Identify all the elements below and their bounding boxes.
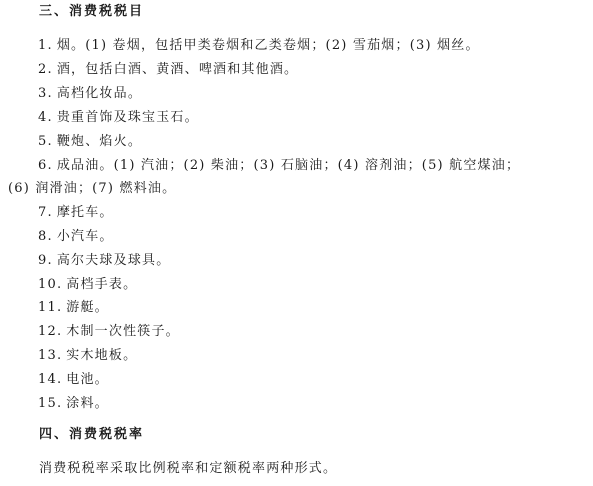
item-number: 11.: [38, 300, 62, 315]
list-item-8: 8.小汽车。: [38, 229, 114, 245]
item-text: 游艇。: [66, 300, 109, 315]
section-4-body: 消费税税率采取比例税率和定额税率两种形式。: [39, 461, 337, 477]
list-item-13: 13.实木地板。: [38, 348, 137, 364]
item-text: 贵重首饰及珠宝玉石。: [57, 110, 199, 125]
section-3-heading: 三、消费税税目: [39, 4, 144, 20]
item-number: 4.: [38, 110, 53, 125]
item-number: 9.: [38, 253, 53, 268]
item-text: 实木地板。: [66, 348, 137, 363]
item-number: 6.: [38, 158, 53, 173]
item-text: 小汽车。: [57, 229, 114, 244]
item-number: 5.: [38, 134, 53, 149]
document-page: 三、消费税税目 1.烟。(1) 卷烟，包括甲类卷烟和乙类卷烟；(2) 雪茄烟；(…: [0, 0, 593, 486]
list-item-11: 11.游艇。: [38, 300, 109, 316]
item-number: 7.: [38, 205, 53, 220]
section-4-heading: 四、消费税税率: [39, 427, 144, 443]
list-item-10: 10.高档手表。: [38, 277, 137, 293]
list-item-6: 6.成品油。(1) 汽油；(2) 柴油；(3) 石脑油；(4) 溶剂油；(5) …: [38, 158, 520, 174]
list-item-14: 14.电池。: [38, 372, 109, 388]
list-item-12: 12.木制一次性筷子。: [38, 324, 180, 340]
item-text: 成品油。(1) 汽油；(2) 柴油；(3) 石脑油；(4) 溶剂油；(5) 航空…: [57, 158, 520, 173]
item-text: 涂料。: [66, 396, 109, 411]
list-item-4: 4.贵重首饰及珠宝玉石。: [38, 110, 199, 126]
item-text: 烟。(1) 卷烟，包括甲类卷烟和乙类卷烟；(2) 雪茄烟；(3) 烟丝。: [57, 38, 480, 53]
list-item-9: 9.高尔夫球及球具。: [38, 253, 170, 269]
item-number: 13.: [38, 348, 62, 363]
item-text: 木制一次性筷子。: [66, 324, 180, 339]
item-text: 电池。: [66, 372, 109, 387]
list-item-6-continuation: (6) 润滑油；(7) 燃料油。: [8, 181, 176, 197]
item-number: 2.: [38, 62, 53, 77]
item-number: 15.: [38, 396, 62, 411]
item-number: 8.: [38, 229, 53, 244]
list-item-15: 15.涂料。: [38, 396, 109, 412]
list-item-7: 7.摩托车。: [38, 205, 114, 221]
item-number: 1.: [38, 38, 53, 53]
item-text: 酒，包括白酒、黄酒、啤酒和其他酒。: [57, 62, 298, 77]
list-item-3: 3.高档化妆品。: [38, 86, 142, 102]
item-text: 摩托车。: [57, 205, 114, 220]
item-number: 12.: [38, 324, 62, 339]
item-text: 高档手表。: [66, 277, 137, 292]
item-number: 10.: [38, 277, 62, 292]
list-item-1: 1.烟。(1) 卷烟，包括甲类卷烟和乙类卷烟；(2) 雪茄烟；(3) 烟丝。: [38, 38, 480, 54]
item-text: 鞭炮、焰火。: [57, 134, 142, 149]
list-item-2: 2.酒，包括白酒、黄酒、啤酒和其他酒。: [38, 62, 298, 78]
item-text: 高档化妆品。: [57, 86, 142, 101]
item-number: 3.: [38, 86, 53, 101]
list-item-5: 5.鞭炮、焰火。: [38, 134, 142, 150]
item-text: 高尔夫球及球具。: [57, 253, 171, 268]
item-number: 14.: [38, 372, 62, 387]
